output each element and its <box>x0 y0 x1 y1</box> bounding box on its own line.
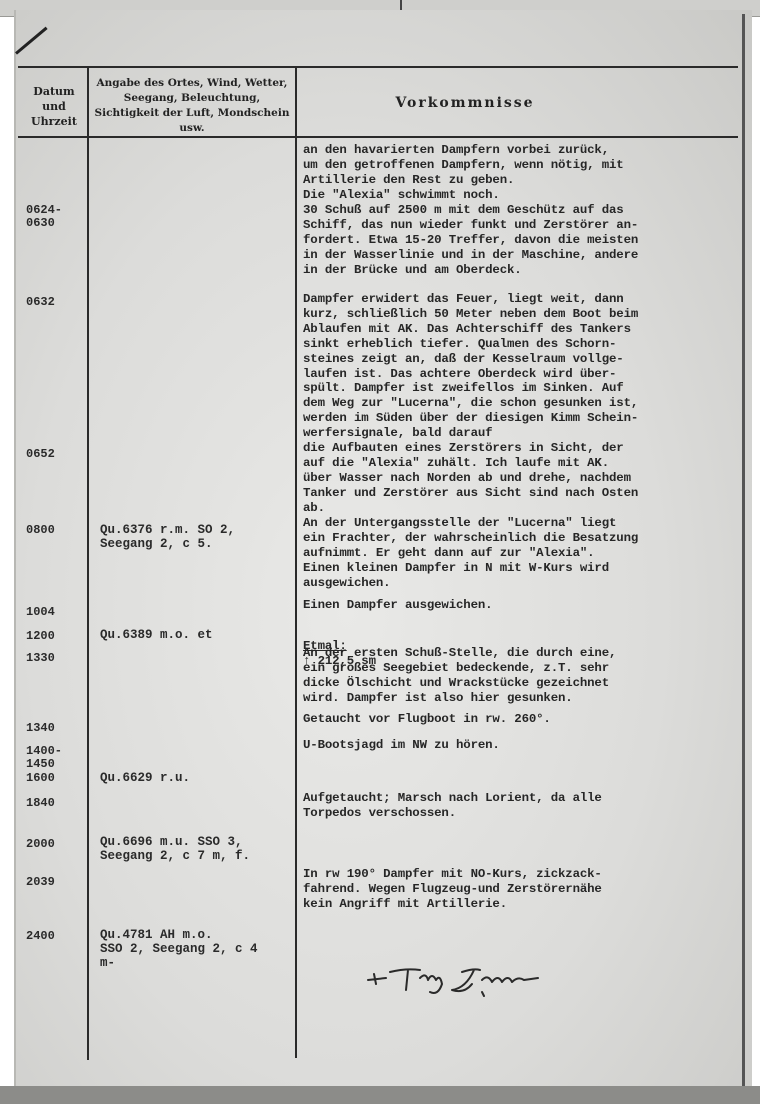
column-divider-2 <box>295 68 297 1058</box>
event-text: Dampfer erwidert das Feuer, liegt weit, … <box>303 292 743 441</box>
entry-time: 2039 <box>26 876 86 889</box>
table-top-rule <box>18 66 738 68</box>
entry-location: Qu.4781 AH m.o. SSO 2, Seegang 2, c 4 m- <box>100 928 296 970</box>
entry-location: Qu.6376 r.m. SO 2, Seegang 2, c 5. <box>100 523 296 551</box>
event-text: an den havarierten Dampfern vorbei zurüc… <box>303 143 743 203</box>
event-text: An der ersten Schuß-Stelle, die durch ei… <box>303 646 743 706</box>
entry-time: 0632 <box>26 296 86 309</box>
event-text: die Aufbauten eines Zerstörers in Sicht,… <box>303 441 743 516</box>
event-text: Aufgetaucht; Marsch nach Lorient, da all… <box>303 791 743 821</box>
header-date-time: Datum und Uhrzeit <box>22 84 86 129</box>
event-text: Getaucht vor Flugboot in rw. 260°. <box>303 712 743 727</box>
entry-time: 2400 <box>26 930 86 943</box>
header-location-weather: Angabe des Ortes, Wind, Wetter, Seegang,… <box>90 76 294 136</box>
entry-location: Qu.6696 m.u. SSO 3, Seegang 2, c 7 m, f. <box>100 835 296 863</box>
header-bottom-rule <box>18 136 738 138</box>
column-divider-1 <box>87 68 89 1060</box>
page-bottom-edge <box>0 1086 760 1104</box>
entry-time: 2000 <box>26 838 86 851</box>
event-text: U-Bootsjagd im NW zu hören. <box>303 738 743 753</box>
entry-time: 0624- 0630 <box>26 204 86 230</box>
event-text: An der Untergangsstelle der "Lucerna" li… <box>303 516 743 591</box>
entry-time: 1400- 1450 <box>26 745 86 771</box>
entry-location: Qu.6629 r.u. <box>100 771 296 785</box>
entry-time: 1330 <box>26 652 86 665</box>
event-text: In rw 190° Dampfer mit NO-Kurs, zickzack… <box>303 867 743 912</box>
entry-time: 0800 <box>26 524 86 537</box>
entry-time: 1600 <box>26 772 86 785</box>
entry-time: 0652 <box>26 448 86 461</box>
entry-time: 1840 <box>26 797 86 810</box>
header-events: Vorkommnisse <box>300 96 630 111</box>
entry-time: 1340 <box>26 722 86 735</box>
entry-time: 1200 <box>26 630 86 643</box>
entry-time: 1004 <box>26 606 86 619</box>
event-text: Einen Dampfer ausgewichen. <box>303 598 743 613</box>
event-text: 30 Schuß auf 2500 m mit dem Geschütz auf… <box>303 203 743 278</box>
entry-location: Qu.6389 m.o. et <box>100 628 296 642</box>
handwritten-signature <box>362 958 602 998</box>
